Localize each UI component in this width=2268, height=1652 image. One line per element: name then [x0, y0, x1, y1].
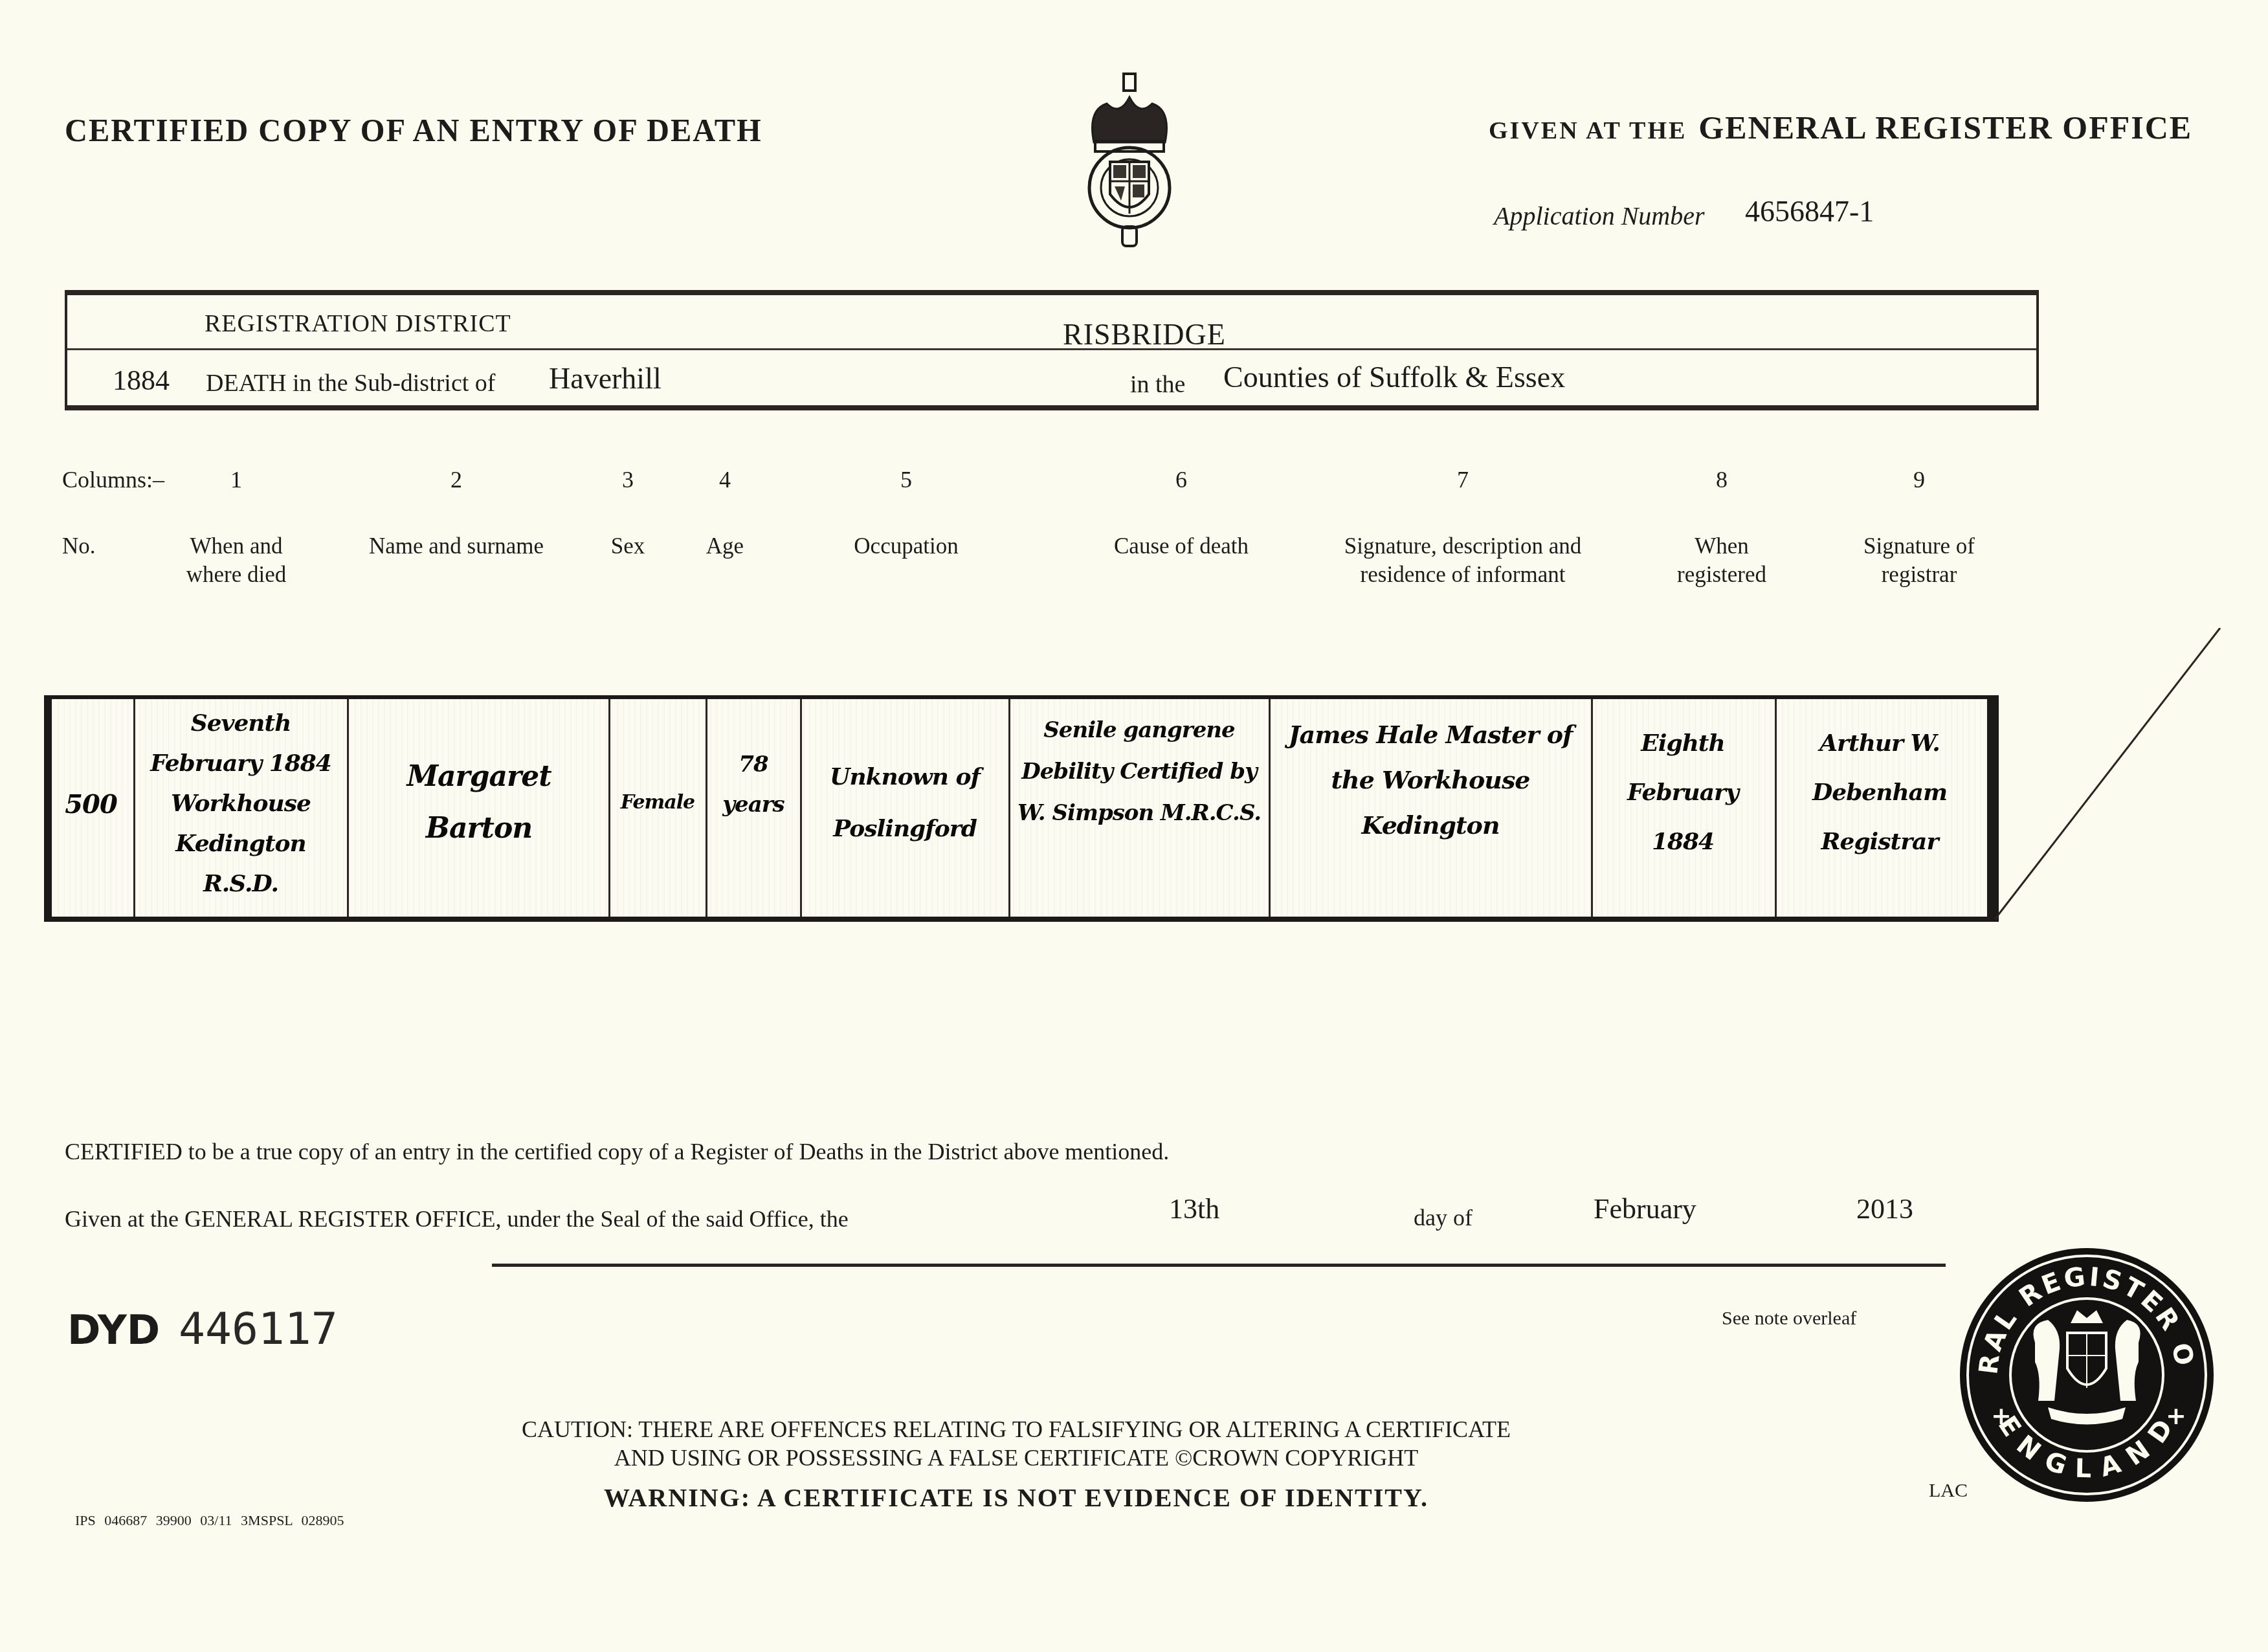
column-number-6: 6: [1100, 466, 1262, 493]
registration-district-value: RISBRIDGE: [1063, 317, 1226, 352]
column-header-name: Name and surname: [356, 532, 557, 561]
print-code: IPS 046687 39900 03/11 3MSPSL 028905: [75, 1512, 344, 1529]
column-header-when-registered: When registered: [1670, 532, 1773, 589]
caution-line-2: AND USING OR POSSESSING A FALSE CERTIFIC…: [466, 1444, 1566, 1472]
entry-occupation: Unknown of Poslingford: [804, 751, 1006, 854]
signature-rule: [492, 1264, 1946, 1267]
columns-label: Columns:–: [62, 466, 179, 493]
registration-district-label: REGISTRATION DISTRICT: [205, 309, 511, 338]
column-divider: [1775, 699, 1777, 917]
office-name: GENERAL REGISTER OFFICE: [1698, 109, 2192, 146]
subdistrict-label: DEATH in the Sub-district of: [206, 369, 496, 397]
county-label: in the: [1130, 370, 1185, 399]
application-number-label: Application Number: [1494, 201, 1705, 231]
entry-age: 78 years: [708, 744, 799, 825]
column-divider: [1008, 699, 1010, 917]
column-divider: [347, 699, 349, 917]
day-of-label: day of: [1414, 1204, 1473, 1231]
column-number-2: 2: [362, 466, 550, 493]
issue-month: February: [1594, 1192, 1696, 1225]
column-divider: [706, 699, 707, 917]
entry-number: 500: [50, 787, 131, 823]
column-header-cause-of-death: Cause of death: [1094, 532, 1269, 561]
column-divider: [133, 699, 135, 917]
column-number-5: 5: [841, 466, 971, 493]
column-divider: [800, 699, 802, 917]
svg-text:+: +: [2166, 1401, 2186, 1430]
column-header-age: Age: [693, 532, 757, 561]
district-box-divider: [67, 348, 2036, 350]
column-number-1: 1: [188, 466, 285, 493]
column-header-no: No.: [62, 532, 127, 561]
see-note-overleaf: See note overleaf: [1722, 1308, 1856, 1330]
issue-day: 13th: [1169, 1192, 1219, 1225]
entry-cause-of-death: Senile gangrene Debility Certified by W.…: [1012, 709, 1266, 834]
registration-year: 1884: [113, 364, 170, 397]
identity-warning: WARNING: A CERTIFICATE IS NOT EVIDENCE O…: [453, 1482, 1579, 1513]
certification-statement: CERTIFIED to be a true copy of an entry …: [65, 1138, 1169, 1165]
column-header-sex: Sex: [595, 532, 660, 561]
column-header-occupation: Occupation: [835, 532, 977, 561]
entry-name: Margaret Barton: [353, 751, 605, 854]
entry-informant: James Hale Master of the Workhouse Kedin…: [1273, 712, 1588, 848]
application-number: 4656847-1: [1745, 194, 1874, 229]
column-number-3: 3: [602, 466, 654, 493]
column-header-informant: Signature, description and residence of …: [1320, 532, 1605, 589]
svg-text:+: +: [1991, 1401, 2012, 1430]
column-number-8: 8: [1644, 466, 1799, 493]
subdistrict-value: Haverhill: [549, 361, 661, 396]
column-number-7: 7: [1320, 466, 1605, 493]
entry-registrar-signature: Arthur W. Debenham Registrar: [1779, 719, 1981, 866]
column-divider: [1591, 699, 1593, 917]
county-value: Counties of Suffolk & Essex: [1223, 360, 1565, 394]
issue-year: 2013: [1856, 1192, 1913, 1225]
gro-seal-icon: GENERAL REGISTER OFFICE ENGLAND + +: [1957, 1245, 2216, 1504]
issuing-office-heading: GIVEN AT THEGENERAL REGISTER OFFICE: [1489, 109, 2192, 146]
cancellation-line: [1994, 628, 2227, 926]
serial-prefix: DYD: [67, 1306, 160, 1354]
entry-when-registered: Eighth February 1884: [1594, 719, 1772, 866]
document-title: CERTIFIED COPY OF AN ENTRY OF DEATH: [65, 111, 762, 149]
column-divider: [1269, 699, 1271, 917]
column-number-9: 9: [1845, 466, 1994, 493]
column-header-registrar: Signature of registrar: [1851, 532, 1987, 589]
column-header-when-where-died: When and where died: [175, 532, 298, 589]
entry-sex: Female: [611, 785, 704, 821]
given-at-prefix: GIVEN AT THE: [1489, 117, 1687, 144]
column-divider: [608, 699, 610, 917]
entry-when-where-died: Seventh February 1884 Workhouse Kedingto…: [137, 703, 344, 904]
caution-notice: CAUTION: THERE ARE OFFENCES RELATING TO …: [466, 1415, 1566, 1472]
royal-crest-icon: [1081, 71, 1178, 252]
given-statement: Given at the GENERAL REGISTER OFFICE, un…: [65, 1205, 849, 1233]
caution-line-1: CAUTION: THERE ARE OFFENCES RELATING TO …: [466, 1415, 1566, 1444]
serial-number: 446117: [179, 1304, 338, 1355]
column-number-4: 4: [699, 466, 751, 493]
